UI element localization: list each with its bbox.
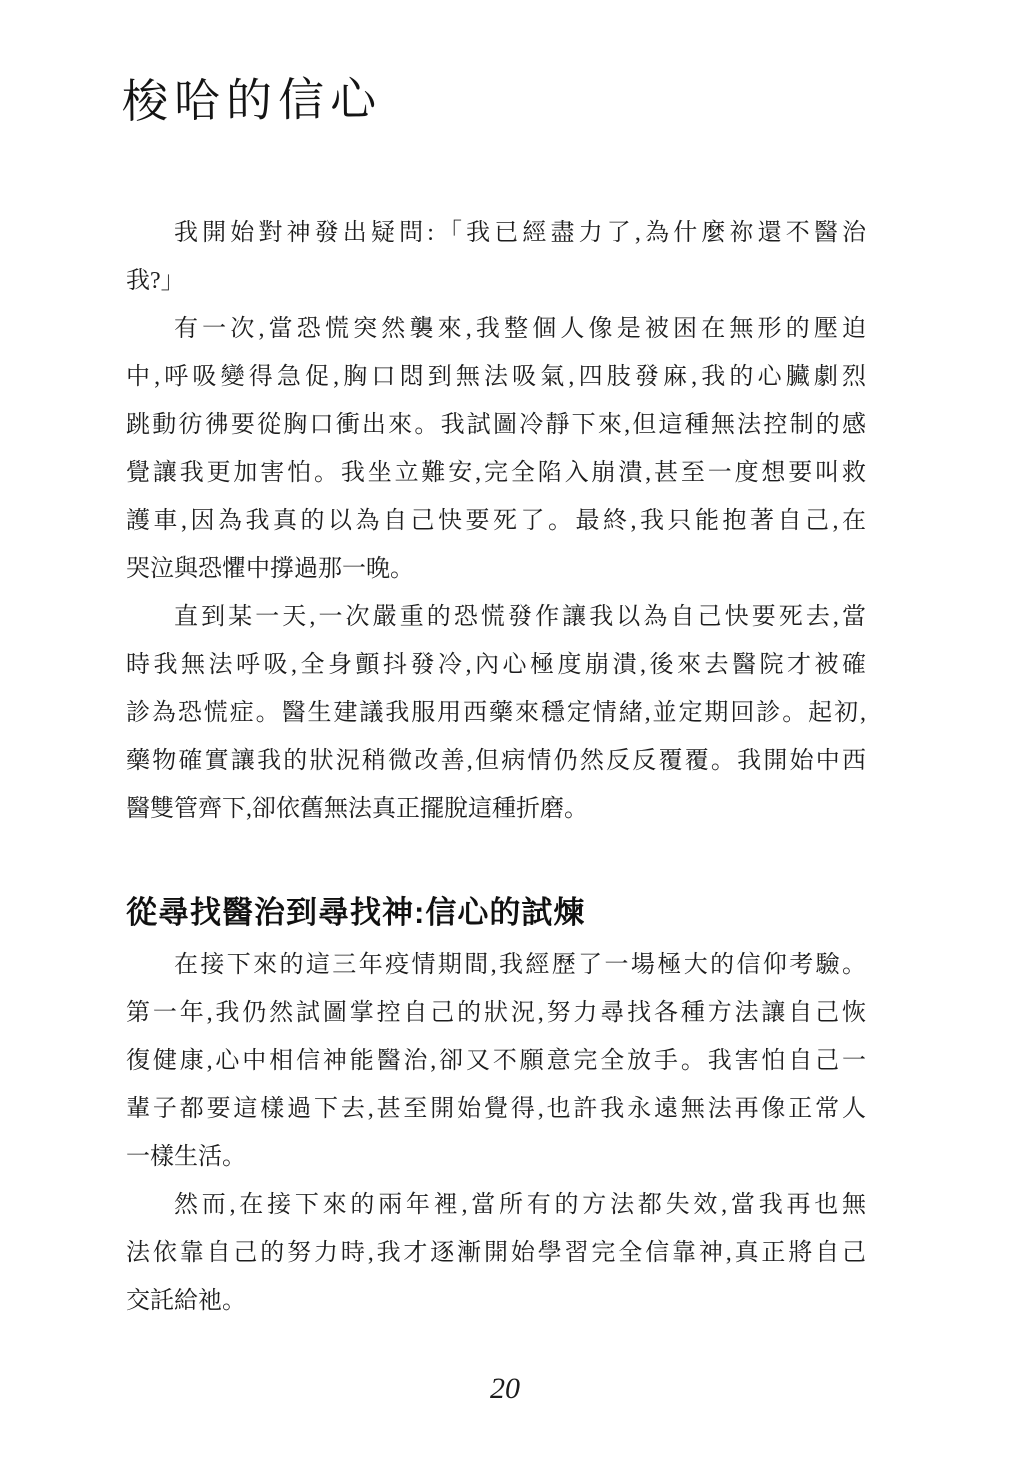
text-line: 輩子都要這樣過下去,甚至開始覺得,也許我永遠無法再像正常人 [126,1085,866,1133]
text-line: 哭泣與恐懼中撐過那一晚。 [126,545,866,593]
text-line: 交託給祂。 [126,1277,866,1325]
text-line: 中,呼吸變得急促,胸口悶到無法吸氣,四肢發麻,我的心臟劇烈 [126,353,866,401]
page-number: 20 [0,1372,1010,1406]
body-text: 我開始對神發出疑問:「我已經盡力了,為什麼祢還不醫治我?」有一次,當恐慌突然襲來… [126,209,866,1325]
text-line: 診為恐慌症。醫生建議我服用西藥來穩定情緒,並定期回診。起初, [126,689,866,737]
text-line: 直到某一天,一次嚴重的恐慌發作讓我以為自己快要死去,當 [126,593,866,641]
text-line: 藥物確實讓我的狀況稍微改善,但病情仍然反反覆覆。我開始中西 [126,737,866,785]
text-line: 時我無法呼吸,全身顫抖發冷,內心極度崩潰,後來去醫院才被確 [126,641,866,689]
book-title-handwritten: 梭哈的信心 [122,63,383,132]
text-line: 覺讓我更加害怕。我坐立難安,完全陷入崩潰,甚至一度想要叫救 [126,449,866,497]
text-line: 法依靠自己的努力時,我才逐漸開始學習完全信靠神,真正將自己 [126,1229,866,1277]
text-line: 護車,因為我真的以為自己快要死了。最終,我只能抱著自己,在 [126,497,866,545]
text-line: 復健康,心中相信神能醫治,卻又不願意完全放手。我害怕自己一 [126,1037,866,1085]
text-line: 然而,在接下來的兩年裡,當所有的方法都失效,當我再也無 [126,1181,866,1229]
text-line: 在接下來的這三年疫情期間,我經歷了一場極大的信仰考驗。 [126,941,866,989]
text-line: 一樣生活。 [126,1133,866,1181]
text-line: 醫雙管齊下,卻依舊無法真正擺脫這種折磨。 [126,785,866,833]
text-line: 第一年,我仍然試圖掌控自己的狀況,努力尋找各種方法讓自己恢 [126,989,866,1037]
text-line: 跳動彷彿要從胸口衝出來。我試圖冷靜下來,但這種無法控制的感 [126,401,866,449]
text-line: 我?」 [126,257,866,305]
text-line: 有一次,當恐慌突然襲來,我整個人像是被困在無形的壓迫 [126,305,866,353]
text-line: 我開始對神發出疑問:「我已經盡力了,為什麼祢還不醫治 [126,209,866,257]
book-page: 梭哈的信心 我開始對神發出疑問:「我已經盡力了,為什麼祢還不醫治我?」有一次,當… [0,0,1024,1475]
section-heading: 從尋找醫治到尋找神:信心的試煉 [126,889,866,937]
